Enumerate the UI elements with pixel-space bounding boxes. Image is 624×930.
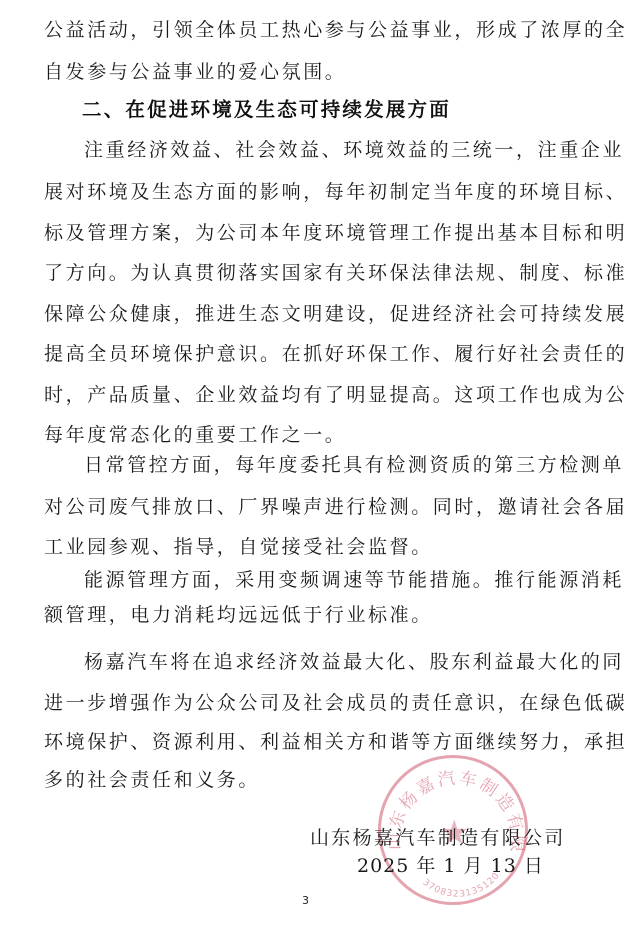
text-line: 时，产品质量、企业效益均有了明显提高。这项工作也成为公司 [44, 383, 624, 407]
text-line: 保障公众健康，推进生态文明建设，促进经济社会可持续发展， [44, 302, 624, 326]
text-line: 提高全员环境保护意识。在抓好环保工作、履行好社会责任的同 [44, 342, 624, 366]
text-line: 进一步增强作为公众公司及社会成员的责任意识，在绿色低碳、 [44, 691, 624, 715]
text-line: 自发参与公益事业的爱心氛围。 [44, 60, 346, 84]
text-line: 日常管控方面，每年度委托具有检测资质的第三方检测单位 [84, 453, 624, 477]
text-line: 对公司废气排放口、厂界噪声进行检测。同时，邀请社会各届到 [44, 495, 624, 519]
text-line: 注重经济效益、社会效益、环境效益的三统一，注重企业发 [84, 138, 624, 162]
section-heading: 二、在促进环境及生态可持续发展方面 [82, 98, 451, 122]
text-line: 展对环境及生态方面的影响，每年初制定当年度的环境目标、指 [44, 180, 624, 204]
text-line: 环境保护、资源利用、利益相关方和谐等方面继续努力，承担更 [44, 730, 624, 754]
text-line: 额管理，电力消耗均远远低于行业标准。 [44, 603, 433, 627]
signature-company: 山东杨嘉汽车制造有限公司 [310, 826, 566, 850]
text-line: 了方向。为认真贯彻落实国家有关环保法律法规、制度、标准， [44, 261, 624, 285]
text-line: 工业园参观、指导，自觉接受社会监督。 [44, 535, 433, 559]
text-line: 公益活动，引领全体员工热心参与公益事业，形成了浓厚的全员 [44, 18, 624, 42]
text-line: 每年度常态化的重要工作之一。 [44, 423, 346, 447]
text-line: 多的社会责任和义务。 [44, 768, 260, 792]
text-line: 杨嘉汽车将在追求经济效益最大化、股东利益最大化的同时， [84, 650, 624, 674]
text-line: 能源管理方面，采用变频调速等节能措施。推行能源消耗限 [84, 568, 624, 592]
signature-date: 2025 年 1 月 13 日 [357, 854, 544, 878]
text-line: 标及管理方案，为公司本年度环境管理工作提出基本目标和明确 [44, 221, 624, 245]
page-number: 3 [302, 894, 309, 907]
